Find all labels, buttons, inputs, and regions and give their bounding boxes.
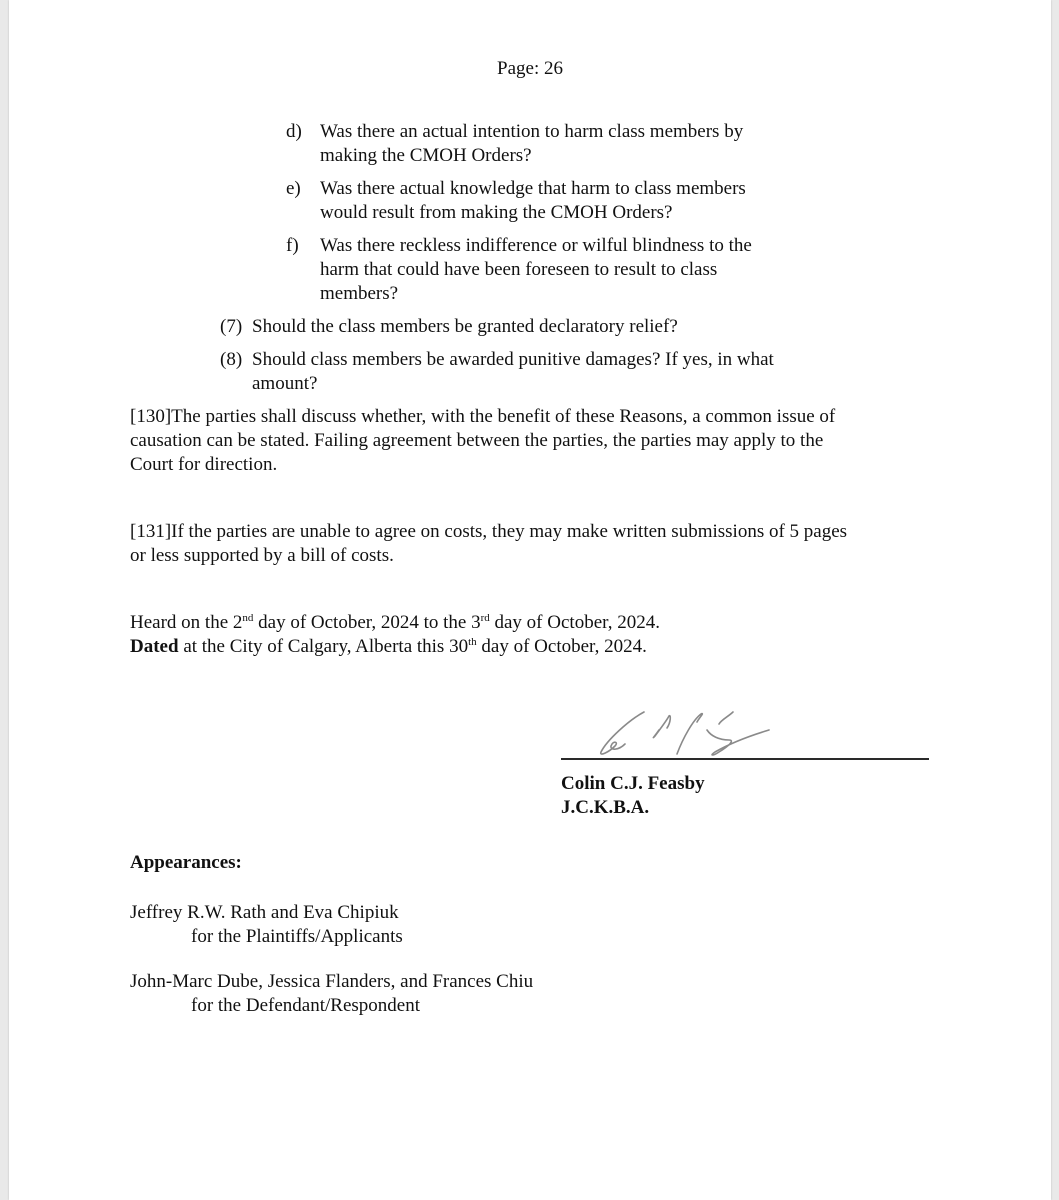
heard-dates: Heard on the 2nd day of October, 2024 to… <box>130 611 660 635</box>
issue-marker: (7) <box>220 315 242 339</box>
appearance-entry-plaintiffs: Jeffrey R.W. Rath and Eva Chipiuk for th… <box>130 901 403 949</box>
sub-issue-line: members? <box>320 282 398 306</box>
paragraph-number: [130] <box>130 406 171 427</box>
paragraph-line: causation can be stated. Failing agreeme… <box>130 429 835 453</box>
sub-issue-marker: d) <box>286 120 302 144</box>
paragraph-line: or less supported by a bill of costs. <box>130 544 847 568</box>
appearance-entry-defendant: John-Marc Dube, Jessica Flanders, and Fr… <box>130 970 533 1018</box>
judge-name: Colin C.J. Feasby <box>561 772 705 796</box>
sub-issue-marker: f) <box>286 234 299 258</box>
sub-issue-line: Was there actual knowledge that harm to … <box>320 177 746 201</box>
paragraph-number: [131] <box>130 521 171 542</box>
paragraph-130: [130]The parties shall discuss whether, … <box>130 405 835 477</box>
issue-line: Should the class members be granted decl… <box>252 315 678 339</box>
sub-issue-line: harm that could have been foreseen to re… <box>320 258 717 282</box>
dated-line: Dated at the City of Calgary, Alberta th… <box>130 635 647 659</box>
paragraph-line: If the parties are unable to agree on co… <box>171 521 847 542</box>
issue-marker: (8) <box>220 348 242 372</box>
judge-title: J.C.K.B.A. <box>561 796 649 820</box>
counsel-role: for the Defendant/Respondent <box>130 994 533 1018</box>
handwritten-signature <box>589 702 789 762</box>
sub-issue-marker: e) <box>286 177 301 201</box>
issue-line: amount? <box>252 372 317 396</box>
document-page: Page: 26 d) Was there an actual intentio… <box>9 0 1051 1200</box>
counsel-names: John-Marc Dube, Jessica Flanders, and Fr… <box>130 970 533 994</box>
paragraph-131: [131]If the parties are unable to agree … <box>130 520 847 568</box>
appearances-heading: Appearances: <box>130 851 242 875</box>
counsel-role: for the Plaintiffs/Applicants <box>130 925 403 949</box>
issue-line: Should class members be awarded punitive… <box>252 348 774 372</box>
paragraph-line: Court for direction. <box>130 453 835 477</box>
sub-issue-line: Was there reckless indifference or wilfu… <box>320 234 752 258</box>
signature-line <box>561 758 929 760</box>
sub-issue-line: making the CMOH Orders? <box>320 144 532 168</box>
sub-issue-line: Was there an actual intention to harm cl… <box>320 120 743 144</box>
counsel-names: Jeffrey R.W. Rath and Eva Chipiuk <box>130 901 403 925</box>
paragraph-line: The parties shall discuss whether, with … <box>171 406 835 427</box>
page-number-header: Page: 26 <box>9 57 1051 81</box>
sub-issue-line: would result from making the CMOH Orders… <box>320 201 673 225</box>
